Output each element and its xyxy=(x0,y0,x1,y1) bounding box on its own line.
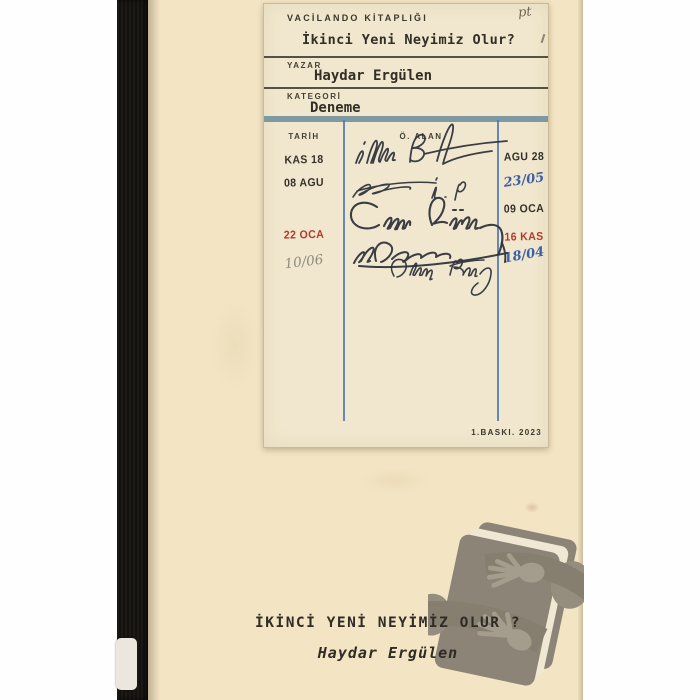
book-cover-photo: VACİLANDO KİTAPLIĞI pt İkinci Yeni Neyim… xyxy=(0,0,700,700)
edition-note: 1.BASKI. 2023 xyxy=(471,428,542,437)
signature-row-1 xyxy=(356,124,507,164)
cover-stain xyxy=(360,468,430,494)
library-card: VACİLANDO KİTAPLIĞI pt İkinci Yeni Neyim… xyxy=(263,3,549,448)
signature-row-5 xyxy=(392,259,492,295)
cover-stain xyxy=(524,502,540,513)
cover-author: Haydar Ergülen xyxy=(253,644,523,662)
book-spine xyxy=(117,0,148,700)
cover-title: İKİNCİ YENİ NEYİMİZ OLUR ? xyxy=(253,615,523,631)
book-hug-icon xyxy=(428,520,584,700)
signatures-layer xyxy=(264,4,550,449)
cover-stain xyxy=(210,300,260,390)
signature-row-2 xyxy=(353,178,465,200)
signature-row-4 xyxy=(354,243,507,268)
signature-row-3 xyxy=(351,198,503,253)
book-spine-label xyxy=(116,638,137,690)
